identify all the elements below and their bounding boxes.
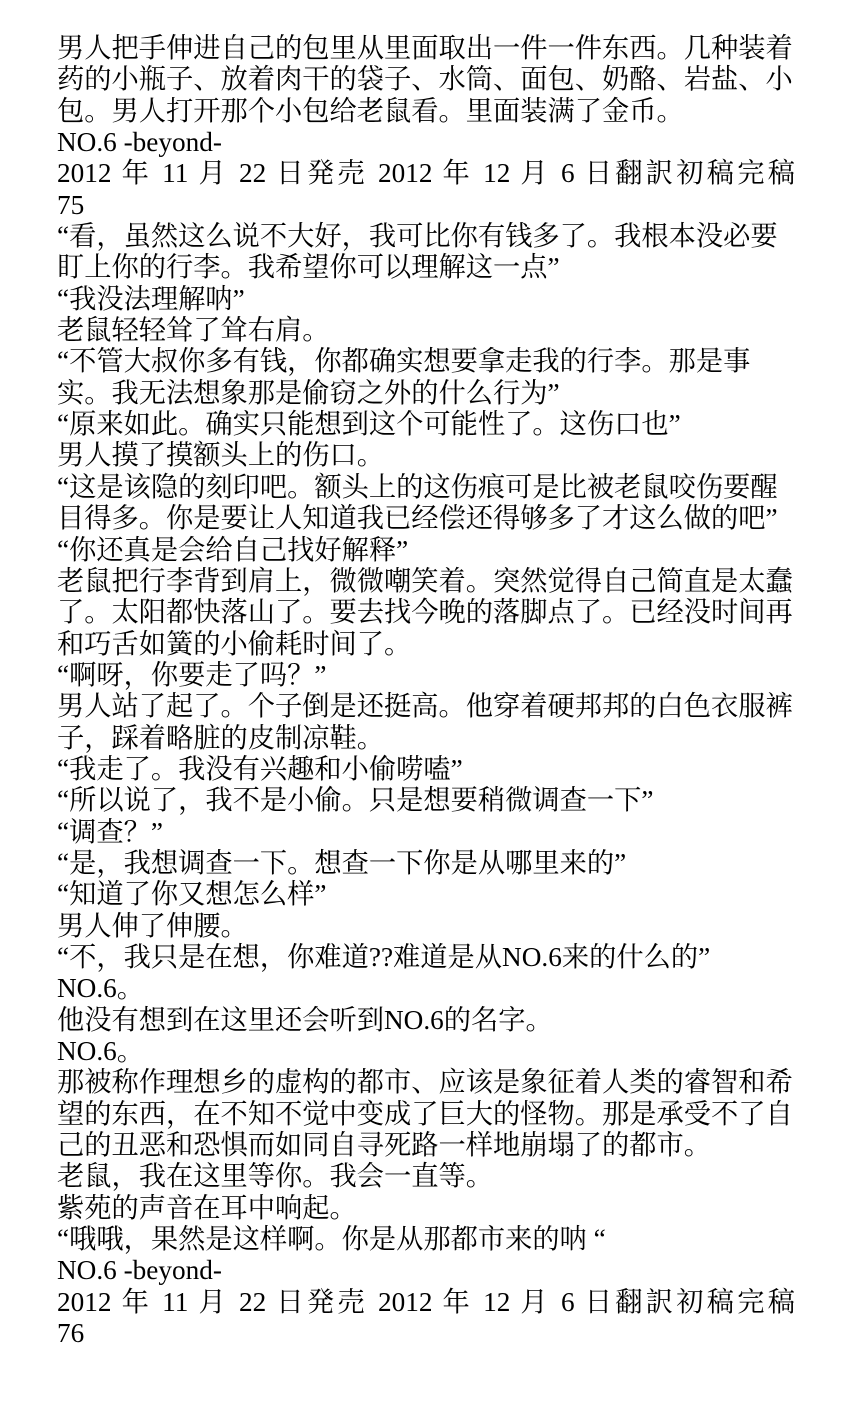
text-line: 盯上你的行李。我希望你可以理解这一点” [57,252,795,283]
text-line: “是，我想调查一下。想查一下你是从哪里来的” [57,848,795,879]
text-line: NO.6 -beyond- [57,1255,795,1286]
text-line: “看，虽然这么说不大好，我可比你有钱多了。我根本没必要 [57,221,795,252]
text-line: 和巧舌如簧的小偷耗时间了。 [57,629,795,660]
text-line: “原来如此。确实只能想到这个可能性了。这伤口也” [57,409,795,440]
text-line: 子，踩着略脏的皮制凉鞋。 [57,723,795,754]
text-line: “不管大叔你多有钱，你都确实想要拿走我的行李。那是事 [57,346,795,377]
text-line: “这是该隐的刻印吧。额头上的这伤痕可是比被老鼠咬伤要醒 [57,472,795,503]
text-line: 那被称作理想乡的虚构的都市、应该是象征着人类的睿智和希 [57,1067,795,1098]
text-line: 望的东西，在不知不觉中变成了巨大的怪物。那是承受不了自 [57,1099,795,1130]
text-line: 目得多。你是要让人知道我已经偿还得够多了才这么做的吧” [57,503,795,534]
text-line: 2012 年 11 月 22 日発売 2012 年 12 月 6 日翻訳初稿完稿 [57,158,795,189]
text-line: “不，我只是在想，你难道??难道是从NO.6来的什么的” [57,942,795,973]
text-line: NO.6 -beyond- [57,127,795,158]
text-column: 男人把手伸进自己的包里从里面取出一件一件东西。几种装着药的小瓶子、放着肉干的袋子… [57,33,795,1349]
text-line: “我没法理解呐” [57,284,795,315]
text-line: 紫苑的声音在耳中响起。 [57,1193,795,1224]
text-line: 实。我无法想象那是偷窃之外的什么行为” [57,378,795,409]
text-line: 75 [57,190,795,221]
text-line: 男人伸了伸腰。 [57,911,795,942]
text-line: “啊呀，你要走了吗？” [57,660,795,691]
text-line: “哦哦，果然是这样啊。你是从那都市来的呐 “ [57,1224,795,1255]
text-line: “所以说了，我不是小偷。只是想要稍微调查一下” [57,785,795,816]
document-page: 男人把手伸进自己的包里从里面取出一件一件东西。几种装着药的小瓶子、放着肉干的袋子… [0,0,851,1401]
text-line: 己的丑恶和恐惧而如同自寻死路一样地崩塌了的都市。 [57,1130,795,1161]
text-line: 老鼠轻轻耸了耸右肩。 [57,315,795,346]
text-line: 76 [57,1318,795,1349]
text-line: 老鼠把行李背到肩上，微微嘲笑着。突然觉得自己简直是太蠢 [57,566,795,597]
text-line: 他没有想到在这里还会听到NO.6的名字。 [57,1005,795,1036]
text-line: “知道了你又想怎么样” [57,879,795,910]
text-line: NO.6。 [57,1036,795,1067]
text-line: 了。太阳都快落山了。要去找今晚的落脚点了。已经没时间再 [57,597,795,628]
text-line: 包。男人打开那个小包给老鼠看。里面装满了金币。 [57,96,795,127]
text-line: “你还真是会给自己找好解释” [57,535,795,566]
text-line: 男人站了起了。个子倒是还挺高。他穿着硬邦邦的白色衣服裤 [57,691,795,722]
text-line: NO.6。 [57,973,795,1004]
text-line: 男人把手伸进自己的包里从里面取出一件一件东西。几种装着 [57,33,795,64]
text-line: 2012 年 11 月 22 日発売 2012 年 12 月 6 日翻訳初稿完稿 [57,1287,795,1318]
text-line: “调查？” [57,817,795,848]
text-line: 男人摸了摸额头上的伤口。 [57,440,795,471]
text-line: “我走了。我没有兴趣和小偷唠嗑” [57,754,795,785]
text-line: 老鼠，我在这里等你。我会一直等。 [57,1161,795,1192]
text-line: 药的小瓶子、放着肉干的袋子、水筒、面包、奶酪、岩盐、小 [57,64,795,95]
